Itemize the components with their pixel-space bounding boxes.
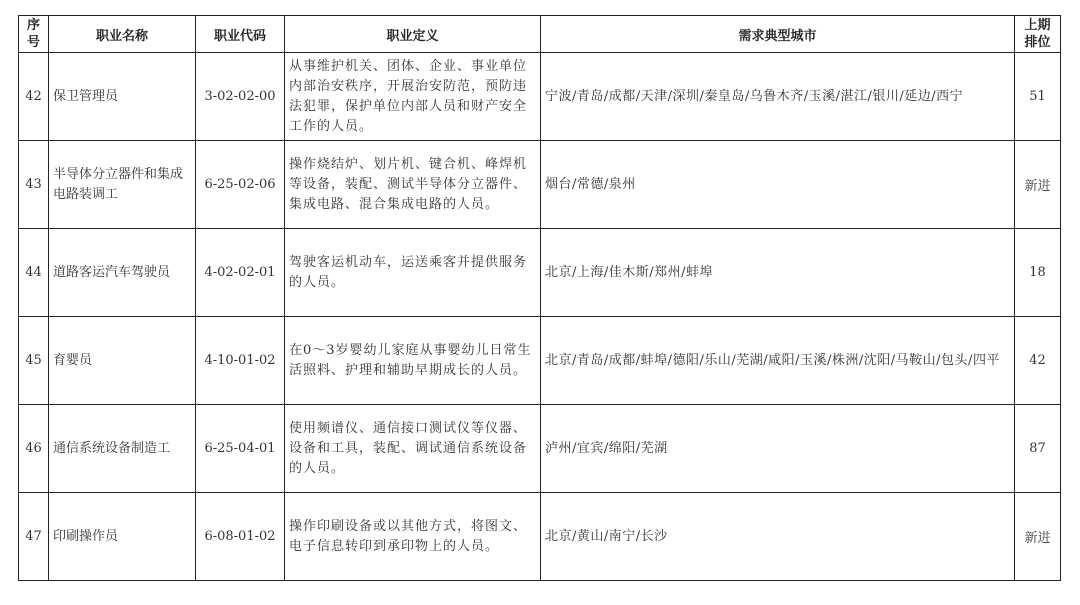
header-name: 职业名称 bbox=[49, 16, 196, 53]
table-row: 45 育婴员 4-10-01-02 在0～3岁婴幼儿家庭从事婴幼儿日常生活照料、… bbox=[19, 317, 1061, 405]
demand-cities: 宁波/青岛/成都/天津/深圳/秦皇岛/乌鲁木齐/玉溪/湛江/银川/延边/西宁 bbox=[541, 53, 1015, 141]
demand-cities: 北京/上海/佳木斯/郑州/蚌埠 bbox=[541, 229, 1015, 317]
table-header-row: 序号 职业名称 职业代码 职业定义 需求典型城市 上期排位 bbox=[19, 16, 1061, 53]
table-row: 44 道路客运汽车驾驶员 4-02-02-01 驾驶客运机动车，运送乘客并提供服… bbox=[19, 229, 1061, 317]
table-row: 43 半导体分立器件和集成电路装调工 6-25-02-06 操作烧结炉、划片机、… bbox=[19, 141, 1061, 229]
occupation-code: 4-10-01-02 bbox=[196, 317, 285, 405]
header-prev-rank: 上期排位 bbox=[1015, 16, 1061, 53]
previous-rank: 87 bbox=[1015, 405, 1061, 493]
demand-cities: 北京/黄山/南宁/长沙 bbox=[541, 493, 1015, 581]
occupation-definition: 从事维护机关、团体、企业、事业单位内部治安秩序，开展治安防范，预防违法犯罪，保护… bbox=[285, 53, 541, 141]
occupation-definition: 在0～3岁婴幼儿家庭从事婴幼儿日常生活照料、护理和辅助早期成长的人员。 bbox=[285, 317, 541, 405]
occupation-code: 4-02-02-01 bbox=[196, 229, 285, 317]
header-code: 职业代码 bbox=[196, 16, 285, 53]
occupation-code: 3-02-02-00 bbox=[196, 53, 285, 141]
row-index: 44 bbox=[19, 229, 49, 317]
occupation-name: 保卫管理员 bbox=[49, 53, 196, 141]
demand-cities: 泸州/宜宾/绵阳/芜湖 bbox=[541, 405, 1015, 493]
occupation-name: 半导体分立器件和集成电路装调工 bbox=[49, 141, 196, 229]
table-row: 42 保卫管理员 3-02-02-00 从事维护机关、团体、企业、事业单位内部治… bbox=[19, 53, 1061, 141]
row-index: 47 bbox=[19, 493, 49, 581]
row-index: 45 bbox=[19, 317, 49, 405]
occupation-code: 6-25-04-01 bbox=[196, 405, 285, 493]
occupation-name: 育婴员 bbox=[49, 317, 196, 405]
header-cities: 需求典型城市 bbox=[541, 16, 1015, 53]
occupation-name: 道路客运汽车驾驶员 bbox=[49, 229, 196, 317]
occupation-definition: 使用频谱仪、通信接口测试仪等仪器、设备和工具，装配、调试通信系统设备的人员。 bbox=[285, 405, 541, 493]
previous-rank: 新进 bbox=[1015, 141, 1061, 229]
previous-rank: 42 bbox=[1015, 317, 1061, 405]
demand-cities: 烟台/常德/泉州 bbox=[541, 141, 1015, 229]
header-index: 序号 bbox=[19, 16, 49, 53]
occupation-name: 通信系统设备制造工 bbox=[49, 405, 196, 493]
row-index: 46 bbox=[19, 405, 49, 493]
occupation-name: 印刷操作员 bbox=[49, 493, 196, 581]
table-row: 46 通信系统设备制造工 6-25-04-01 使用频谱仪、通信接口测试仪等仪器… bbox=[19, 405, 1061, 493]
previous-rank: 18 bbox=[1015, 229, 1061, 317]
occupation-table: 序号 职业名称 职业代码 职业定义 需求典型城市 上期排位 42 保卫管理员 3… bbox=[18, 15, 1061, 581]
row-index: 43 bbox=[19, 141, 49, 229]
table-row: 47 印刷操作员 6-08-01-02 操作印刷设备或以其他方式，将图文、电子信… bbox=[19, 493, 1061, 581]
previous-rank: 新进 bbox=[1015, 493, 1061, 581]
occupation-code: 6-08-01-02 bbox=[196, 493, 285, 581]
demand-cities: 北京/青岛/成都/蚌埠/德阳/乐山/芜湖/咸阳/玉溪/株洲/沈阳/马鞍山/包头/… bbox=[541, 317, 1015, 405]
previous-rank: 51 bbox=[1015, 53, 1061, 141]
occupation-definition: 操作印刷设备或以其他方式，将图文、电子信息转印到承印物上的人员。 bbox=[285, 493, 541, 581]
occupation-code: 6-25-02-06 bbox=[196, 141, 285, 229]
row-index: 42 bbox=[19, 53, 49, 141]
header-definition: 职业定义 bbox=[285, 16, 541, 53]
occupation-definition: 操作烧结炉、划片机、键合机、峰焊机等设备，装配、测试半导体分立器件、集成电路、混… bbox=[285, 141, 541, 229]
occupation-definition: 驾驶客运机动车，运送乘客并提供服务的人员。 bbox=[285, 229, 541, 317]
